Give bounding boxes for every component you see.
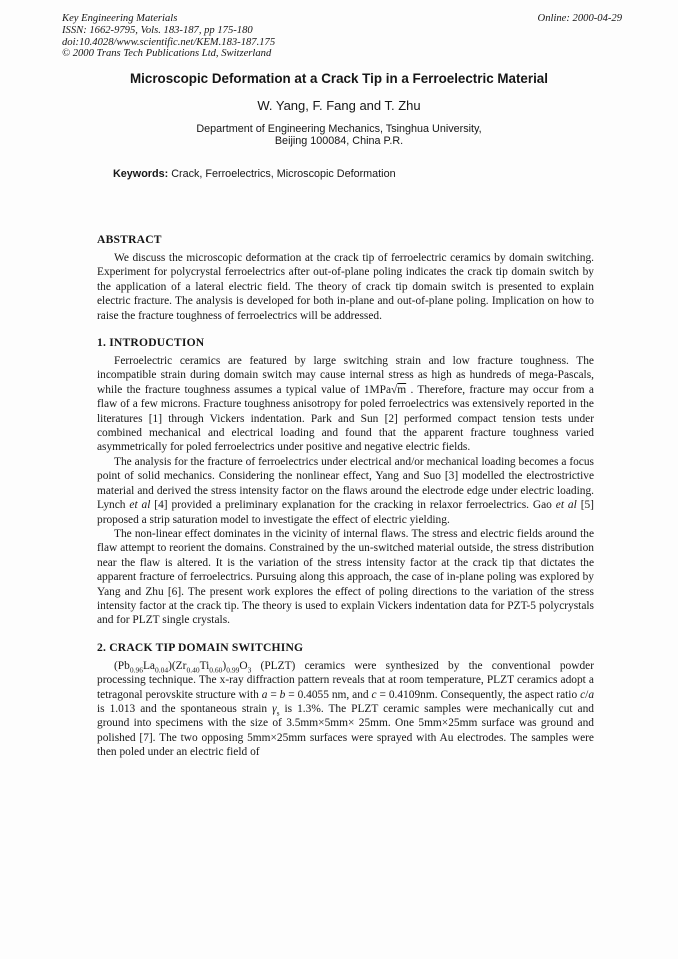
introduction-paragraph-1: Ferroelectric ceramics are featured by l… bbox=[97, 354, 594, 455]
journal-header: Key Engineering Materials ISSN: 1662-979… bbox=[62, 13, 622, 60]
authors-line: W. Yang, F. Fang and T. Zhu bbox=[40, 98, 638, 113]
abstract-paragraph: We discuss the microscopic deformation a… bbox=[97, 251, 594, 323]
affiliation-line-2: Beijing 100084, China P.R. bbox=[40, 135, 638, 147]
journal-name: Key Engineering Materials bbox=[62, 13, 275, 25]
keywords-label: Keywords: bbox=[113, 168, 168, 180]
affiliation-block: Department of Engineering Mechanics, Tsi… bbox=[40, 123, 638, 148]
introduction-heading: 1. INTRODUCTION bbox=[97, 336, 594, 350]
doi-line: doi:10.4028/www.scientific.net/KEM.183-1… bbox=[62, 37, 275, 49]
keywords-line: Keywords: Crack, Ferroelectrics, Microsc… bbox=[113, 168, 598, 180]
paper-title: Microscopic Deformation at a Crack Tip i… bbox=[40, 71, 638, 87]
affiliation-line-1: Department of Engineering Mechanics, Tsi… bbox=[40, 123, 638, 135]
introduction-paragraph-3: The non-linear effect dominates in the v… bbox=[97, 527, 594, 628]
copyright-line: © 2000 Trans Tech Publications Ltd, Swit… bbox=[62, 48, 275, 60]
journal-info-block: Key Engineering Materials ISSN: 1662-979… bbox=[62, 13, 275, 60]
abstract-heading: ABSTRACT bbox=[97, 233, 594, 247]
introduction-paragraph-2: The analysis for the fracture of ferroel… bbox=[97, 455, 594, 527]
paper-body: ABSTRACT We discuss the microscopic defo… bbox=[97, 233, 594, 760]
crack-tip-paragraph-1: (Pb0.96La0.04)(Zr0.40Ti0.60)0.99O3 (PLZT… bbox=[97, 659, 594, 760]
paper-page: Key Engineering Materials ISSN: 1662-979… bbox=[0, 0, 678, 959]
keywords-text: Crack, Ferroelectrics, Microscopic Defor… bbox=[168, 168, 395, 180]
issn-line: ISSN: 1662-9795, Vols. 183-187, pp 175-1… bbox=[62, 25, 275, 37]
online-date: Online: 2000-04-29 bbox=[538, 13, 622, 25]
crack-tip-heading: 2. CRACK TIP DOMAIN SWITCHING bbox=[97, 641, 594, 655]
